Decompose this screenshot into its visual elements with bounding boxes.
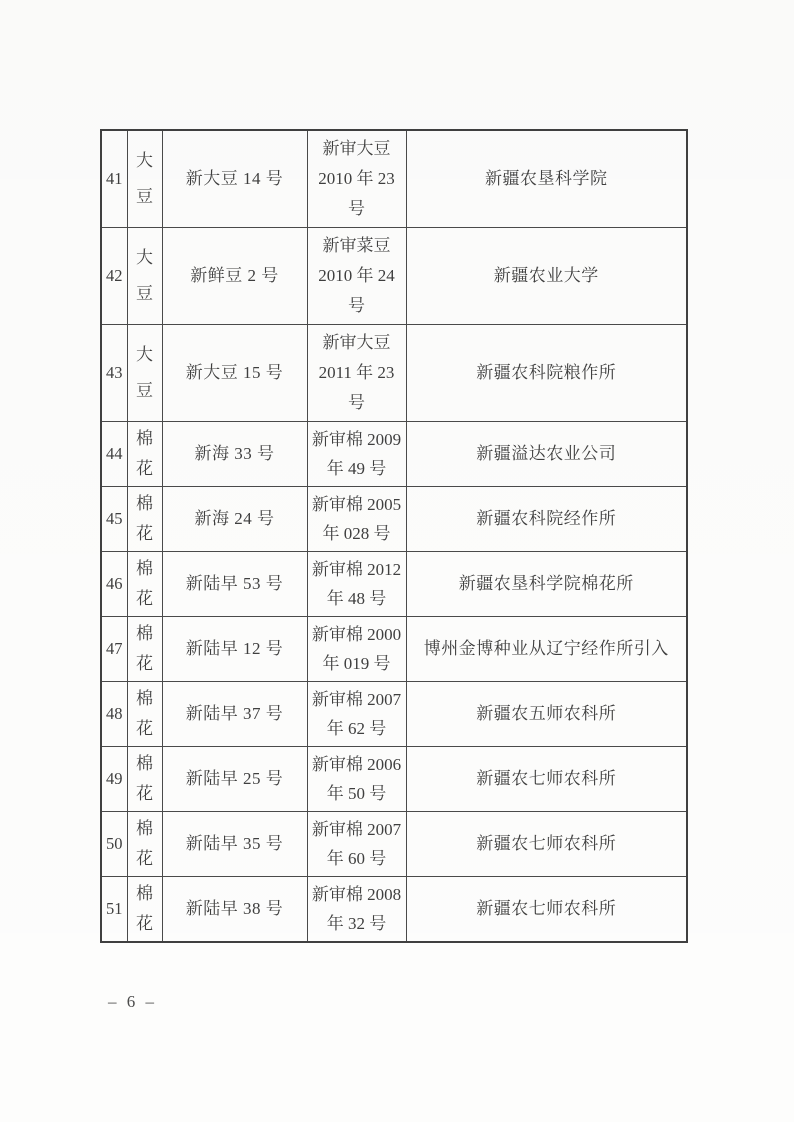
approval-number-cell: 新审棉 2007 年 60 号 [307,811,406,876]
row-number-cell: 48 [101,681,127,746]
crop-type-text: 棉花 [135,879,153,939]
row-number-cell: 46 [101,551,127,616]
crop-type-cell: 大豆 [127,227,162,324]
table-row: 47 棉花 新陆早 12 号 新审棉 2000 年 019 号 博州金博种业从辽… [101,616,687,681]
crop-type-text: 棉花 [135,489,153,549]
table-row: 48 棉花 新陆早 37 号 新审棉 2007 年 62 号 新疆农五师农科所 [101,681,687,746]
institution-cell: 新疆农五师农科所 [406,681,687,746]
crop-type-cell: 棉花 [127,746,162,811]
crop-type-cell: 棉花 [127,811,162,876]
crop-type-text: 大豆 [135,337,153,409]
variety-name-cell: 新大豆 14 号 [162,130,307,227]
institution-cell: 博州金博种业从辽宁经作所引入 [406,616,687,681]
institution-cell: 新疆农科院粮作所 [406,324,687,421]
document-page: 41 大豆 新大豆 14 号 新审大豆 2010 年 23 号 新疆农垦科学院 … [0,0,794,1122]
table-row: 41 大豆 新大豆 14 号 新审大豆 2010 年 23 号 新疆农垦科学院 [101,130,687,227]
table-row: 50 棉花 新陆早 35 号 新审棉 2007 年 60 号 新疆农七师农科所 [101,811,687,876]
row-number-cell: 49 [101,746,127,811]
crop-type-text: 棉花 [135,619,153,679]
institution-cell: 新疆农垦科学院 [406,130,687,227]
crop-type-cell: 大豆 [127,130,162,227]
institution-cell: 新疆农科院经作所 [406,486,687,551]
crop-type-cell: 棉花 [127,421,162,486]
crop-type-text: 棉花 [135,424,153,484]
approval-number-cell: 新审棉 2012 年 48 号 [307,551,406,616]
crop-type-text: 大豆 [135,143,153,215]
variety-name-cell: 新鲜豆 2 号 [162,227,307,324]
table-row: 51 棉花 新陆早 38 号 新审棉 2008 年 32 号 新疆农七师农科所 [101,876,687,942]
crop-type-text: 棉花 [135,814,153,874]
approval-number-cell: 新审棉 2007 年 62 号 [307,681,406,746]
crop-type-text: 大豆 [135,240,153,312]
crop-type-cell: 棉花 [127,486,162,551]
variety-name-cell: 新陆早 35 号 [162,811,307,876]
crop-type-cell: 棉花 [127,876,162,942]
table-row: 49 棉花 新陆早 25 号 新审棉 2006 年 50 号 新疆农七师农科所 [101,746,687,811]
footer-page-number: – 6 – [108,992,157,1012]
table-row: 45 棉花 新海 24 号 新审棉 2005 年 028 号 新疆农科院经作所 [101,486,687,551]
row-number-cell: 43 [101,324,127,421]
crop-type-text: 棉花 [135,554,153,614]
row-number-cell: 42 [101,227,127,324]
row-number-cell: 41 [101,130,127,227]
table-row: 44 棉花 新海 33 号 新审棉 2009 年 49 号 新疆溢达农业公司 [101,421,687,486]
variety-name-cell: 新陆早 37 号 [162,681,307,746]
row-number-cell: 50 [101,811,127,876]
approval-number-cell: 新审棉 2008 年 32 号 [307,876,406,942]
crop-type-text: 棉花 [135,749,153,809]
approval-number-cell: 新审菜豆 2010 年 24 号 [307,227,406,324]
variety-name-cell: 新陆早 25 号 [162,746,307,811]
institution-cell: 新疆农业大学 [406,227,687,324]
approval-number-cell: 新审棉 2006 年 50 号 [307,746,406,811]
institution-cell: 新疆农七师农科所 [406,746,687,811]
approval-number-cell: 新审棉 2000 年 019 号 [307,616,406,681]
row-number-cell: 45 [101,486,127,551]
variety-name-cell: 新陆早 12 号 [162,616,307,681]
variety-name-cell: 新大豆 15 号 [162,324,307,421]
crop-type-cell: 大豆 [127,324,162,421]
approval-number-cell: 新审棉 2009 年 49 号 [307,421,406,486]
approval-number-cell: 新审棉 2005 年 028 号 [307,486,406,551]
row-number-cell: 47 [101,616,127,681]
crop-type-cell: 棉花 [127,551,162,616]
institution-cell: 新疆农七师农科所 [406,876,687,942]
crop-type-cell: 棉花 [127,616,162,681]
table-row: 43 大豆 新大豆 15 号 新审大豆 2011 年 23 号 新疆农科院粮作所 [101,324,687,421]
table-row: 42 大豆 新鲜豆 2 号 新审菜豆 2010 年 24 号 新疆农业大学 [101,227,687,324]
crop-variety-table: 41 大豆 新大豆 14 号 新审大豆 2010 年 23 号 新疆农垦科学院 … [100,129,688,943]
crop-type-text: 棉花 [135,684,153,744]
variety-name-cell: 新陆早 38 号 [162,876,307,942]
approval-number-cell: 新审大豆 2010 年 23 号 [307,130,406,227]
variety-name-cell: 新海 33 号 [162,421,307,486]
crop-type-cell: 棉花 [127,681,162,746]
approval-number-cell: 新审大豆 2011 年 23 号 [307,324,406,421]
institution-cell: 新疆溢达农业公司 [406,421,687,486]
row-number-cell: 44 [101,421,127,486]
institution-cell: 新疆农垦科学院棉花所 [406,551,687,616]
table-row: 46 棉花 新陆早 53 号 新审棉 2012 年 48 号 新疆农垦科学院棉花… [101,551,687,616]
row-number-cell: 51 [101,876,127,942]
variety-name-cell: 新陆早 53 号 [162,551,307,616]
institution-cell: 新疆农七师农科所 [406,811,687,876]
variety-name-cell: 新海 24 号 [162,486,307,551]
